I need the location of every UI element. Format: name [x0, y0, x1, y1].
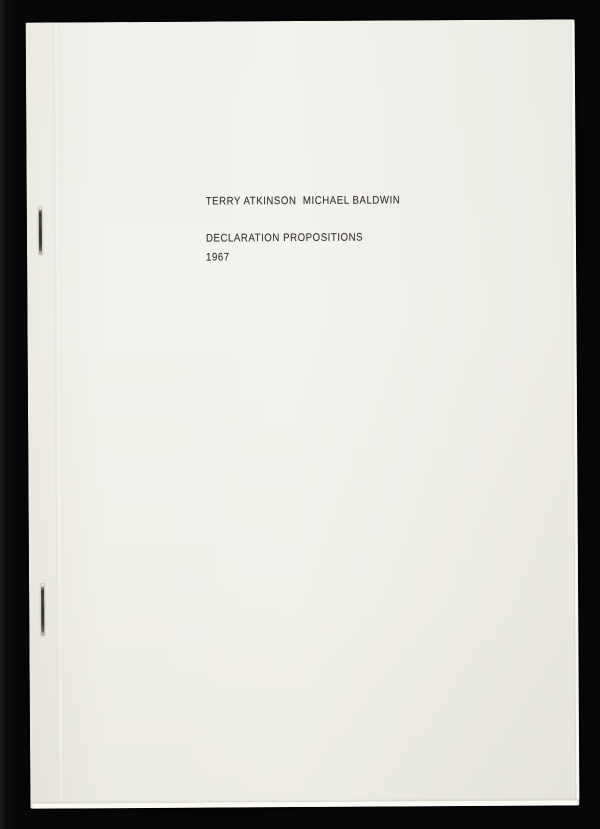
staple-icon — [41, 587, 44, 633]
photo-backdrop: TERRY ATKINSON MICHAEL BALDWIN DECLARATI… — [0, 0, 600, 829]
pages-edge-right — [572, 22, 580, 799]
cover-authors: TERRY ATKINSON MICHAEL BALDWIN — [206, 195, 401, 207]
cover-title: DECLARATION PROPOSITIONS — [206, 233, 363, 245]
cover-year: 1967 — [206, 252, 230, 263]
booklet-cover: TERRY ATKINSON MICHAEL BALDWIN DECLARATI… — [26, 19, 580, 808]
staple-icon — [39, 210, 42, 252]
pages-edge-bottom — [32, 800, 577, 808]
spine-crease — [53, 22, 65, 802]
